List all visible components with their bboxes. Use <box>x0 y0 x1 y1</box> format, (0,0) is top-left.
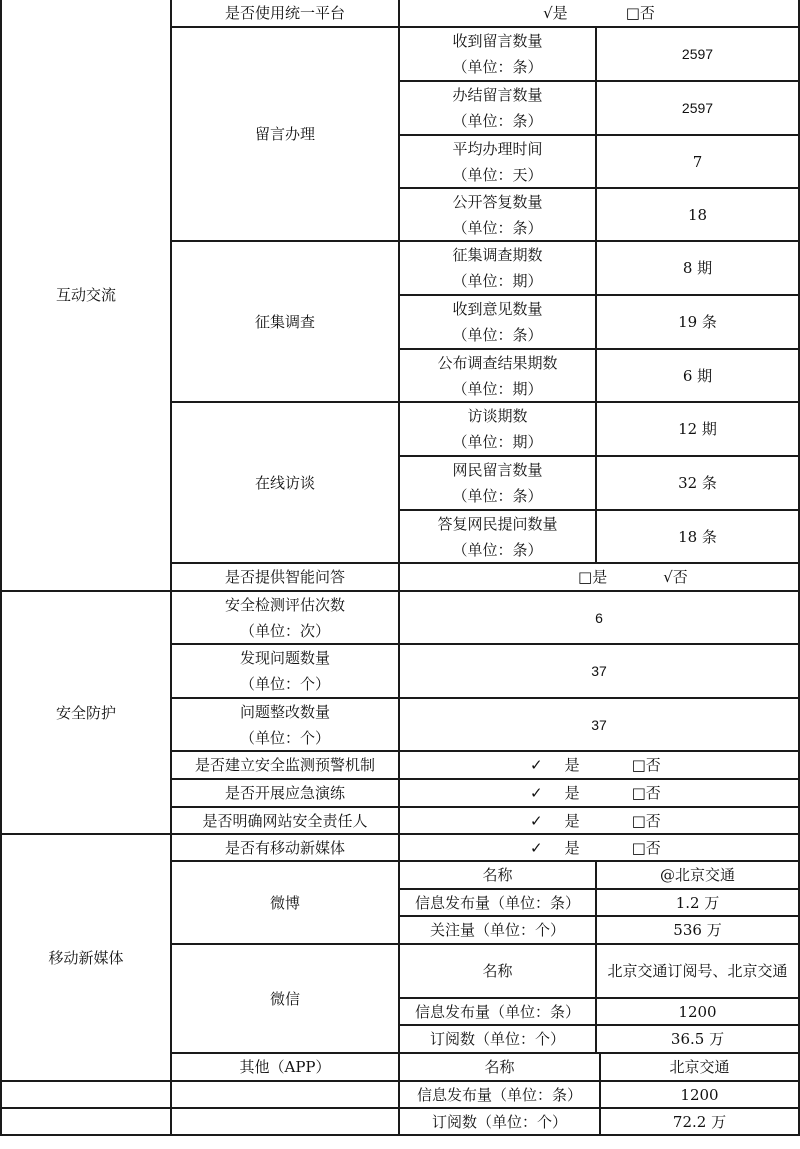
yes-option[interactable]: ✓是 <box>530 835 580 861</box>
media-label: 信息发布量（单位：条） <box>398 997 597 1026</box>
empty-cell <box>170 1080 400 1109</box>
metric-value: 19 条 <box>595 294 800 350</box>
section-media: 移动新媒体 <box>0 833 172 1082</box>
metric-value: 2597 <box>595 26 800 82</box>
metric-label: 答复网民提问数量（单位：条） <box>398 509 597 564</box>
section-label: 安全防护 <box>56 700 116 726</box>
media-label: 信息发布量（单位：条） <box>398 888 597 917</box>
section-interaction: 互动交流 <box>0 0 172 592</box>
metric-value: 12 期 <box>595 401 800 457</box>
metric-value: 6 期 <box>595 348 800 403</box>
metric-label: 公布调查结果期数（单位：期） <box>398 348 597 403</box>
media-label: 名称 <box>398 943 597 999</box>
yes-option[interactable]: ✓是 <box>530 752 580 778</box>
metric-value: 18 <box>595 187 800 242</box>
media-value: 1200 <box>599 1080 800 1109</box>
metric-label: 网民留言数量（单位：条） <box>398 455 597 511</box>
section-security: 安全防护 <box>0 590 172 835</box>
check-icon: ✓ <box>530 756 543 774</box>
media-value: 北京交通订阅号、北京交通 <box>595 943 800 999</box>
media-label: 信息发布量（单位：条） <box>398 1080 601 1109</box>
empty-cell <box>170 1107 400 1136</box>
checkbox-empty-icon: □ <box>632 784 646 802</box>
checkbox-empty-icon: □ <box>578 568 592 586</box>
metric-value: 18 条 <box>595 509 800 564</box>
media-value: 1200 <box>595 997 800 1026</box>
metric-value: 37 <box>398 643 800 699</box>
media-value: 536 万 <box>595 915 800 945</box>
checkbox-empty-icon: □ <box>632 839 646 857</box>
group-messages: 留言办理 <box>170 26 400 242</box>
yes-option[interactable]: ✓是 <box>530 780 580 806</box>
checkbox-empty-icon: □ <box>632 756 646 774</box>
check-label: 是否开展应急演练 <box>170 778 400 808</box>
section-label: 互动交流 <box>56 282 116 308</box>
empty-cell <box>0 1080 172 1109</box>
empty-cell <box>0 1107 172 1136</box>
check-label: 是否明确网站安全责任人 <box>170 806 400 835</box>
group-wechat: 微信 <box>170 943 400 1054</box>
media-label: 关注量（单位：个） <box>398 915 597 945</box>
media-label: 订阅数（单位：个） <box>398 1107 601 1136</box>
group-app: 其他（APP） <box>170 1052 400 1082</box>
no-option[interactable]: □否 <box>632 780 661 806</box>
metric-label: 平均办理时间（单位：天） <box>398 134 597 189</box>
group-interview: 在线访谈 <box>170 401 400 564</box>
has-media-label: 是否有移动新媒体 <box>170 833 400 862</box>
metric-label: 发现问题数量（单位：个） <box>170 643 400 699</box>
check-icon: √ <box>543 4 553 22</box>
check-icon: ✓ <box>530 784 543 802</box>
checkbox-empty-icon: □ <box>626 4 640 22</box>
unified-platform-label: 是否使用统一平台 <box>170 0 400 28</box>
media-value: 72.2 万 <box>599 1107 800 1136</box>
section-label: 移动新媒体 <box>48 945 123 971</box>
media-value: 北京交通 <box>599 1052 800 1082</box>
metric-value: 7 <box>595 134 800 189</box>
media-label: 订阅数（单位：个） <box>398 1024 597 1054</box>
no-option[interactable]: √否 <box>663 564 688 590</box>
yes-option[interactable]: ✓是 <box>530 808 580 834</box>
metric-label: 问题整改数量（单位：个） <box>170 697 400 752</box>
metric-label: 收到留言数量（单位：条） <box>398 26 597 82</box>
check-icon: ✓ <box>530 812 543 830</box>
metric-label: 访谈期数（单位：期） <box>398 401 597 457</box>
check-label: 是否建立安全监测预警机制 <box>170 750 400 780</box>
check-icon: √ <box>663 568 673 586</box>
metric-label: 征集调查期数（单位：期） <box>398 240 597 296</box>
metric-value: 8 期 <box>595 240 800 296</box>
no-option[interactable]: □否 <box>632 752 661 778</box>
smart-qa-options: □是 √否 <box>398 562 800 592</box>
metric-label: 办结留言数量（单位：条） <box>398 80 597 136</box>
media-value: @北京交通 <box>595 860 800 890</box>
group-survey: 征集调查 <box>170 240 400 403</box>
check-options: ✓是 □否 <box>398 806 800 835</box>
metric-value: 6 <box>398 590 800 645</box>
metric-label: 收到意见数量（单位：条） <box>398 294 597 350</box>
has-media-options: ✓是 □否 <box>398 833 800 862</box>
check-icon: ✓ <box>530 839 543 857</box>
group-weibo: 微博 <box>170 860 400 945</box>
smart-qa-label: 是否提供智能问答 <box>170 562 400 592</box>
metric-value: 32 条 <box>595 455 800 511</box>
no-option[interactable]: □否 <box>632 808 661 834</box>
media-label: 名称 <box>398 860 597 890</box>
media-value: 36.5 万 <box>595 1024 800 1054</box>
metric-value: 37 <box>398 697 800 752</box>
no-option[interactable]: □否 <box>626 0 655 26</box>
unified-platform-options: √是 □否 <box>398 0 800 28</box>
media-value: 1.2 万 <box>595 888 800 917</box>
check-options: ✓是 □否 <box>398 750 800 780</box>
check-options: ✓是 □否 <box>398 778 800 808</box>
no-option[interactable]: □否 <box>632 835 661 861</box>
yes-option[interactable]: □是 <box>578 564 607 590</box>
media-label: 名称 <box>398 1052 601 1082</box>
metric-label: 安全检测评估次数（单位：次） <box>170 590 400 645</box>
yes-option[interactable]: √是 <box>543 0 568 26</box>
metric-label: 公开答复数量（单位：条） <box>398 187 597 242</box>
checkbox-empty-icon: □ <box>632 812 646 830</box>
metric-value: 2597 <box>595 80 800 136</box>
